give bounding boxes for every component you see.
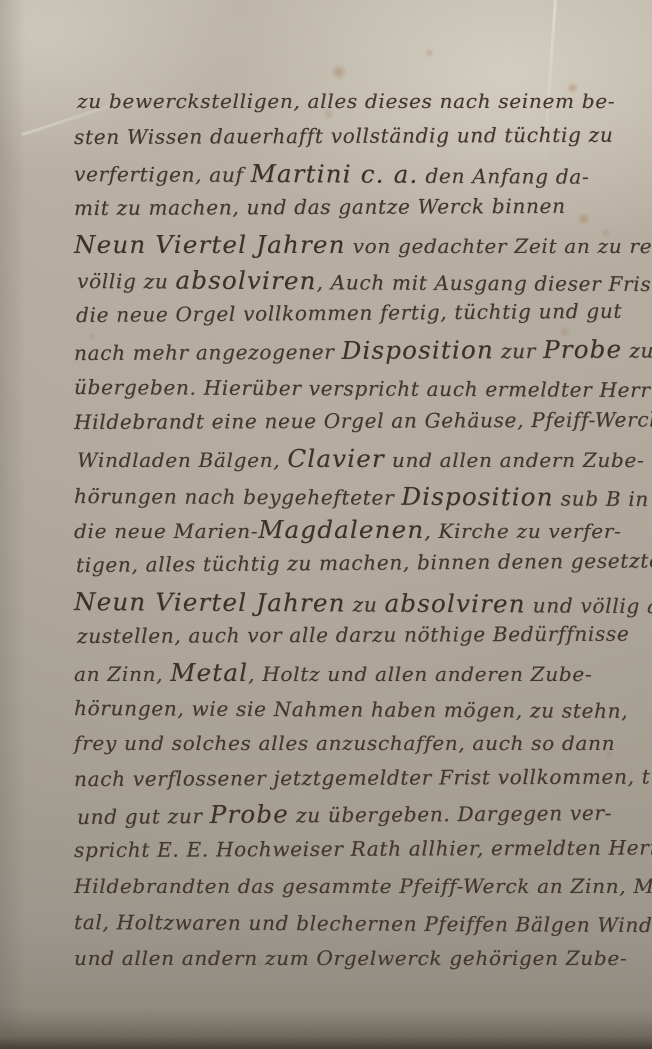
manuscript-line: tal, Holtzwaren und blechernen Pfeiffen …	[74, 905, 652, 944]
manuscript-line: und allen andern zum Orgelwerck gehörige…	[74, 941, 652, 977]
manuscript-line: zu bewerckstelligen, alles dieses nach s…	[77, 84, 652, 120]
manuscript-line: hörungen nach beygehefteter Disposition …	[74, 477, 652, 516]
foxing-stain	[330, 64, 348, 80]
manuscript-line: die neue Marien-Magdalenen, Kirche zu ve…	[74, 512, 652, 548]
manuscript-line: spricht E. E. Hochweiser Rath allhier, e…	[74, 830, 652, 869]
manuscript-line: Neun Viertel Jahren von gedachter Zeit a…	[74, 227, 652, 263]
manuscript-line: nach verflossener jetztgemeldter Frist v…	[74, 759, 652, 798]
manuscript-line: nach mehr angezogener Disposition zur Pr…	[74, 331, 652, 370]
page-bottom-edge	[0, 1021, 652, 1049]
manuscript-line: sten Wissen dauerhafft vollständig und t…	[74, 117, 652, 156]
manuscript-line: hörungen, wie sie Nahmen haben mögen, zu…	[74, 691, 652, 730]
manuscript-page: zu bewerckstelligen, alles dieses nach s…	[0, 0, 652, 1049]
foxing-stain	[424, 48, 435, 58]
manuscript-line: Hildebrandt eine neue Orgel an Gehäuse, …	[74, 402, 652, 441]
manuscript-line: an Zinn, Metal, Holtz und allen anderen …	[74, 655, 652, 691]
manuscript-line: frey und solches alles anzuschaffen, auc…	[74, 726, 652, 762]
manuscript-line: und gut zur Probe zu übergeben. Dargegen…	[77, 792, 652, 833]
manuscript-line: tigen, alles tüchtig zu machen, binnen d…	[76, 542, 652, 583]
manuscript-line: zustellen, auch vor alle darzu nöthige B…	[77, 616, 652, 655]
manuscript-line: die neue Orgel vollkommen fertig, tüchti…	[76, 293, 652, 334]
manuscript-line: Windladen Bälgen, Clavier und allen ande…	[77, 441, 652, 477]
manuscript-text: zu bewerckstelligen, alles dieses nach s…	[74, 84, 652, 976]
manuscript-line: Hildebrandten das gesammte Pfeiff-Werck …	[74, 869, 652, 905]
manuscript-line: mit zu machen, und das gantze Werck binn…	[74, 188, 652, 227]
